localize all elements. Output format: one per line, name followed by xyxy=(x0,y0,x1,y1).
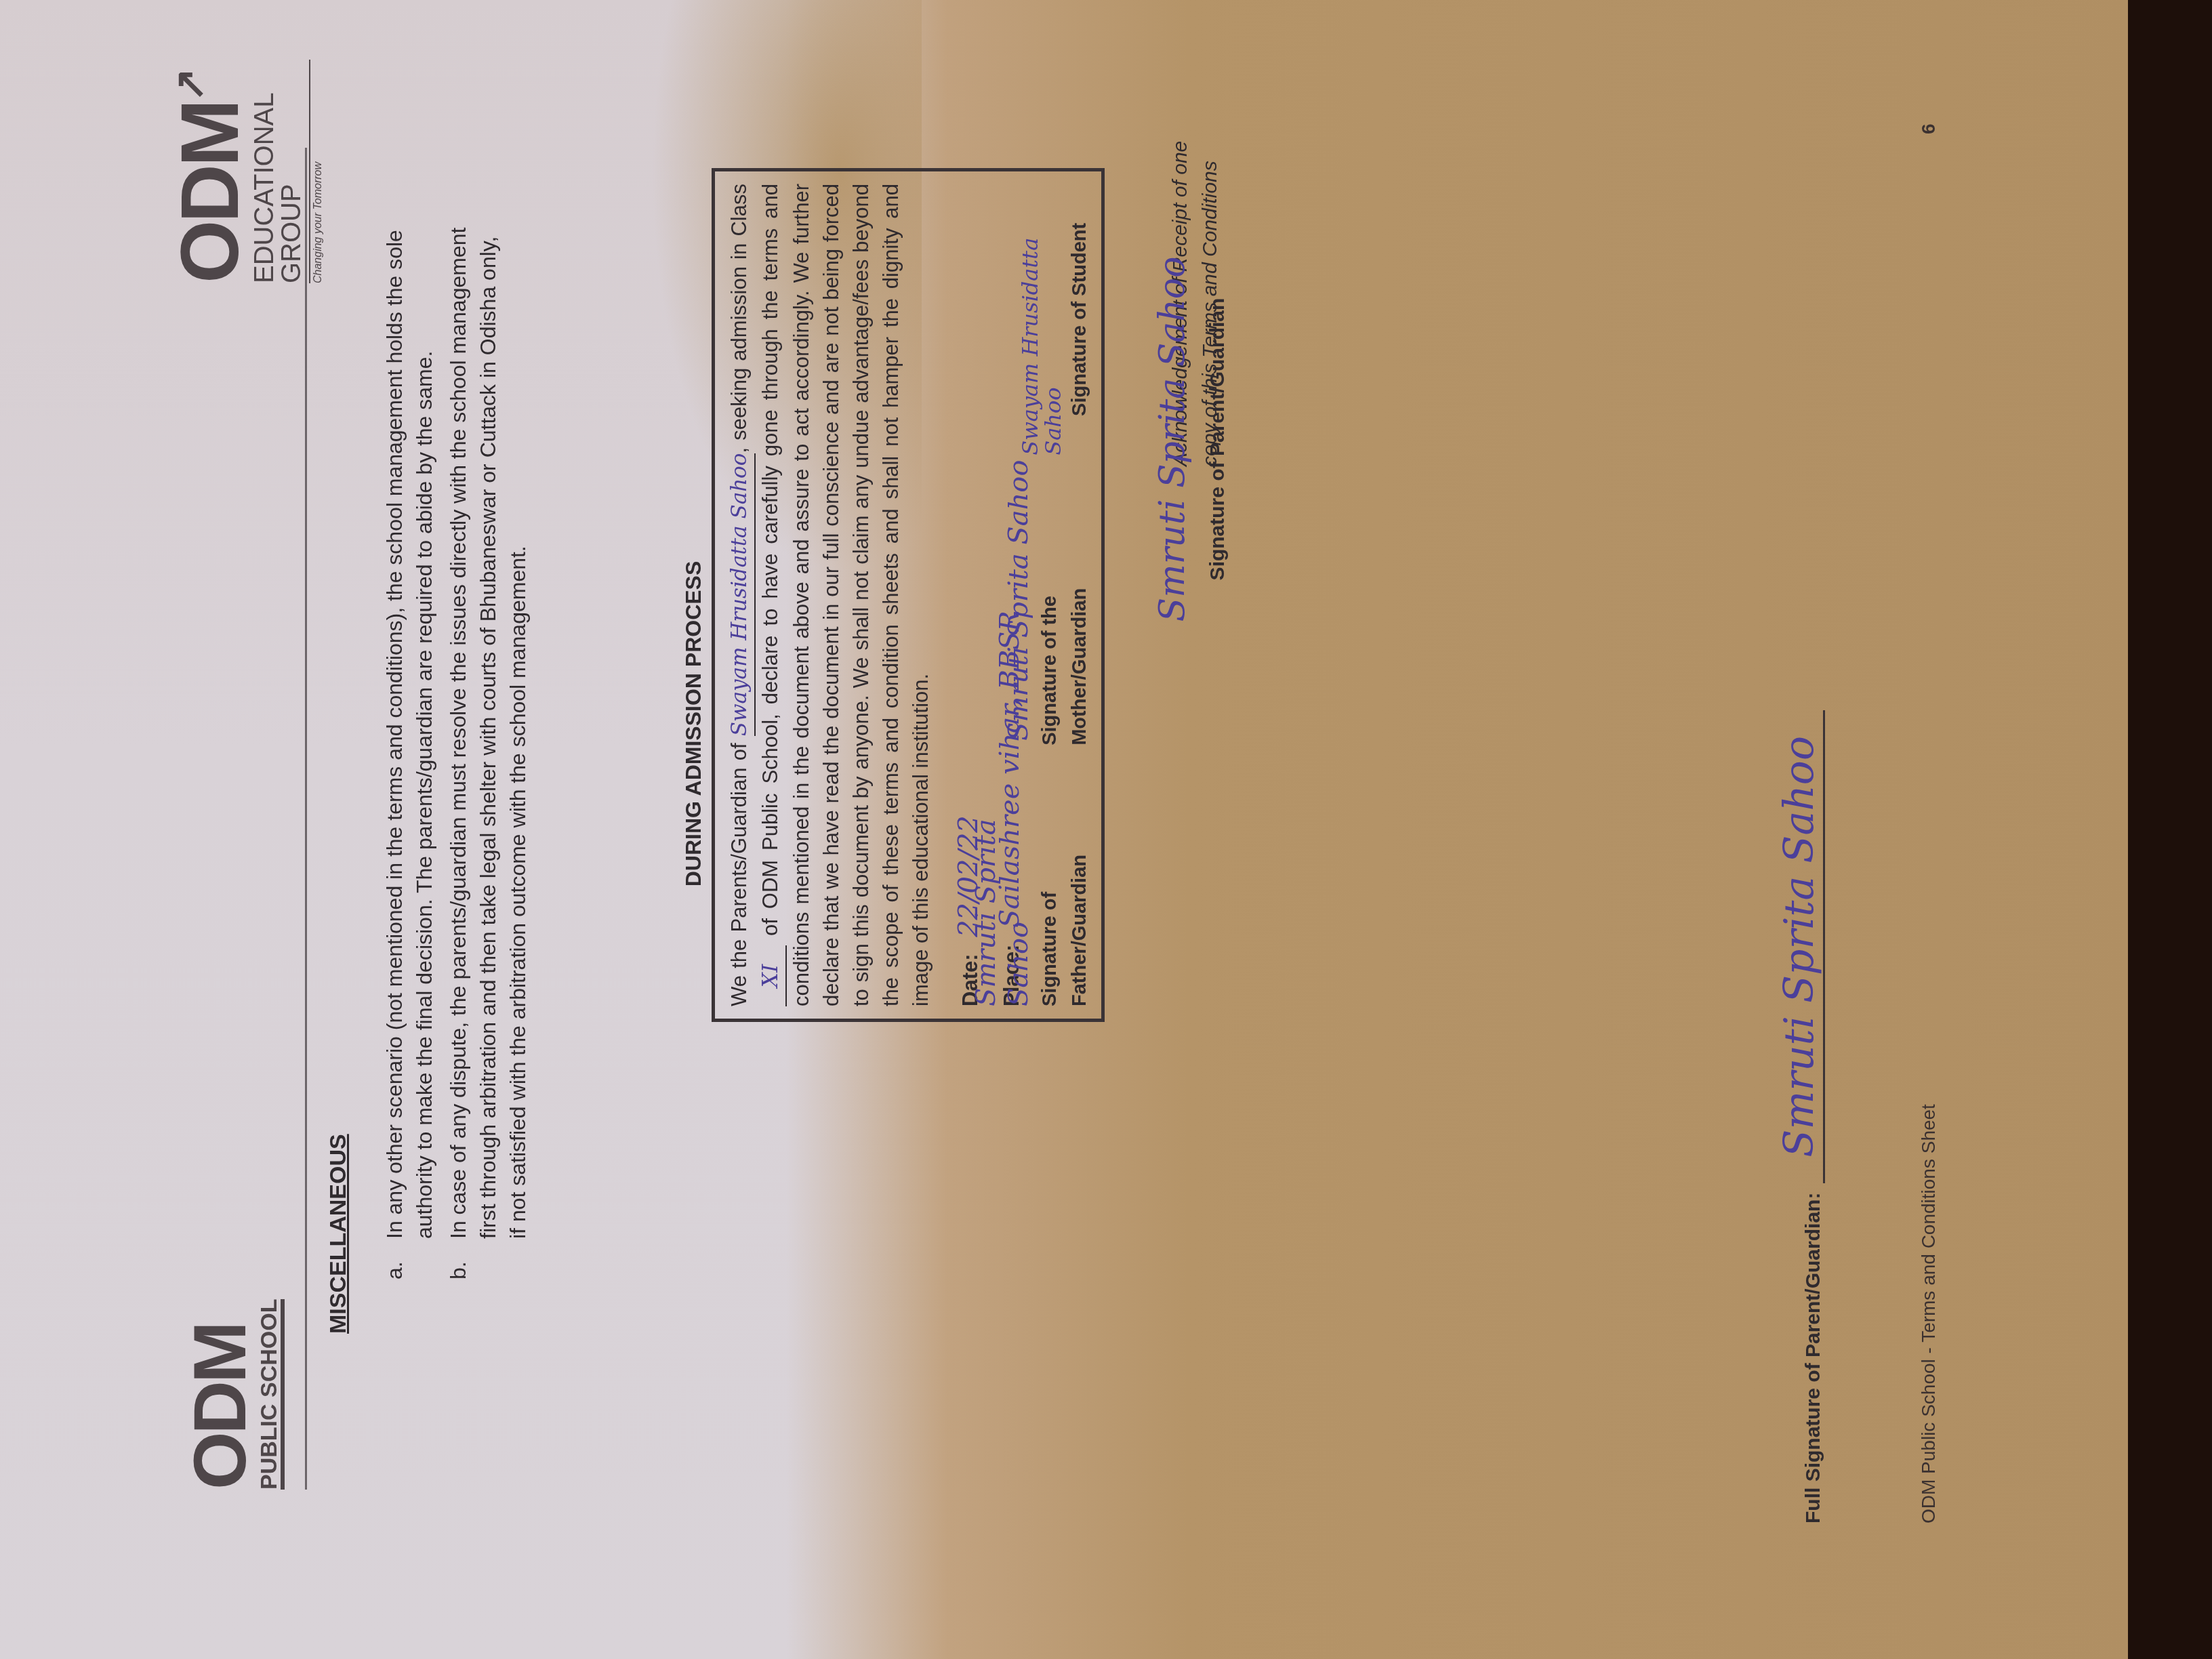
student-name-field[interactable]: Swayam Hrusidatta Sahoo xyxy=(724,453,756,737)
father-signature: Smruti Sprita Sahoo Signature of Father/… xyxy=(970,745,1094,1006)
acknowledgement-signature: Smruti Sprita Sahoo Signature of Parent/… xyxy=(1152,236,1229,642)
logo-tagline: Changing your Tomorrow xyxy=(309,60,324,283)
signature-value[interactable]: Swayam Hrusidatta Sahoo xyxy=(1019,184,1065,455)
signature-label: Signature of Student xyxy=(1065,223,1094,416)
signature-value[interactable]: Smruti Sprita Sahoo xyxy=(1002,459,1035,741)
item-text: In case of any dispute, the parents/guar… xyxy=(443,222,533,1239)
full-signature-row: Full Signature of Parent/Guardian: Smrut… xyxy=(1776,710,1825,1523)
signature-row: Smruti Sprita Sahoo Signature of Father/… xyxy=(970,184,1094,1006)
class-field[interactable]: XI xyxy=(756,945,787,1006)
signature-label: Signature of Parent/Guardian xyxy=(1206,236,1229,642)
swoosh-icon: ↗ xyxy=(167,70,212,102)
signature-value[interactable]: Smruti Sprita Sahoo xyxy=(970,745,1035,1006)
signature-label: Signature of the Mother/Guardian xyxy=(1035,455,1094,745)
odm-public-school-logo: ODM PUBLIC SCHOOL xyxy=(183,1286,298,1490)
full-signature-line: Smruti Sprita Sahoo xyxy=(1776,710,1825,1183)
logo-mark: ODM xyxy=(183,1286,258,1490)
section-title-miscellaneous: MISCELLANEOUS xyxy=(325,1134,352,1334)
miscellaneous-list: a. In any other scenario (not mentioned … xyxy=(380,222,537,1279)
signature-value[interactable]: Smruti Sprita Sahoo xyxy=(1152,236,1193,642)
list-item: a. In any other scenario (not mentioned … xyxy=(380,222,439,1279)
list-item: b. In case of any dispute, the parents/g… xyxy=(443,222,533,1279)
logo-subtitle: PUBLIC SCHOOL xyxy=(258,1299,285,1490)
logo-subtitle: EDUCATIONAL GROUP xyxy=(251,60,305,283)
page-number: 6 xyxy=(1918,123,1940,134)
student-signature: Swayam Hrusidatta Sahoo Signature of Stu… xyxy=(1019,184,1094,455)
odm-educational-group-logo: ODM↗ EDUCATIONAL GROUP Changing your Tom… xyxy=(169,60,325,283)
item-label: b. xyxy=(443,1239,533,1279)
footer-text: ODM Public School - Terms and Conditions… xyxy=(1918,1104,1940,1523)
mother-signature: Smruti Sprita Sahoo Signature of the Mot… xyxy=(1002,455,1094,745)
document-page: ODM PUBLIC SCHOOL ODM↗ EDUCATIONAL GROUP… xyxy=(0,0,2128,1659)
full-signature-label: Full Signature of Parent/Guardian: xyxy=(1802,1193,1825,1523)
background-table-edge xyxy=(2114,0,2212,1659)
full-signature-value[interactable]: Smruti Sprita Sahoo xyxy=(1776,736,1823,1158)
item-label: a. xyxy=(380,1239,439,1279)
item-text: In any other scenario (not mentioned in … xyxy=(380,222,439,1239)
logo-mark: ODM↗ xyxy=(169,60,251,283)
signature-label: Signature of Father/Guardian xyxy=(1035,745,1094,1006)
header-divider xyxy=(305,148,307,1490)
section-title-admission: DURING ADMISSION PROCESS xyxy=(681,385,706,1063)
declaration-paragraph: We the Parents/Guardian of Swayam Hrusid… xyxy=(724,184,936,1006)
admission-declaration-box: We the Parents/Guardian of Swayam Hrusid… xyxy=(712,168,1105,1022)
